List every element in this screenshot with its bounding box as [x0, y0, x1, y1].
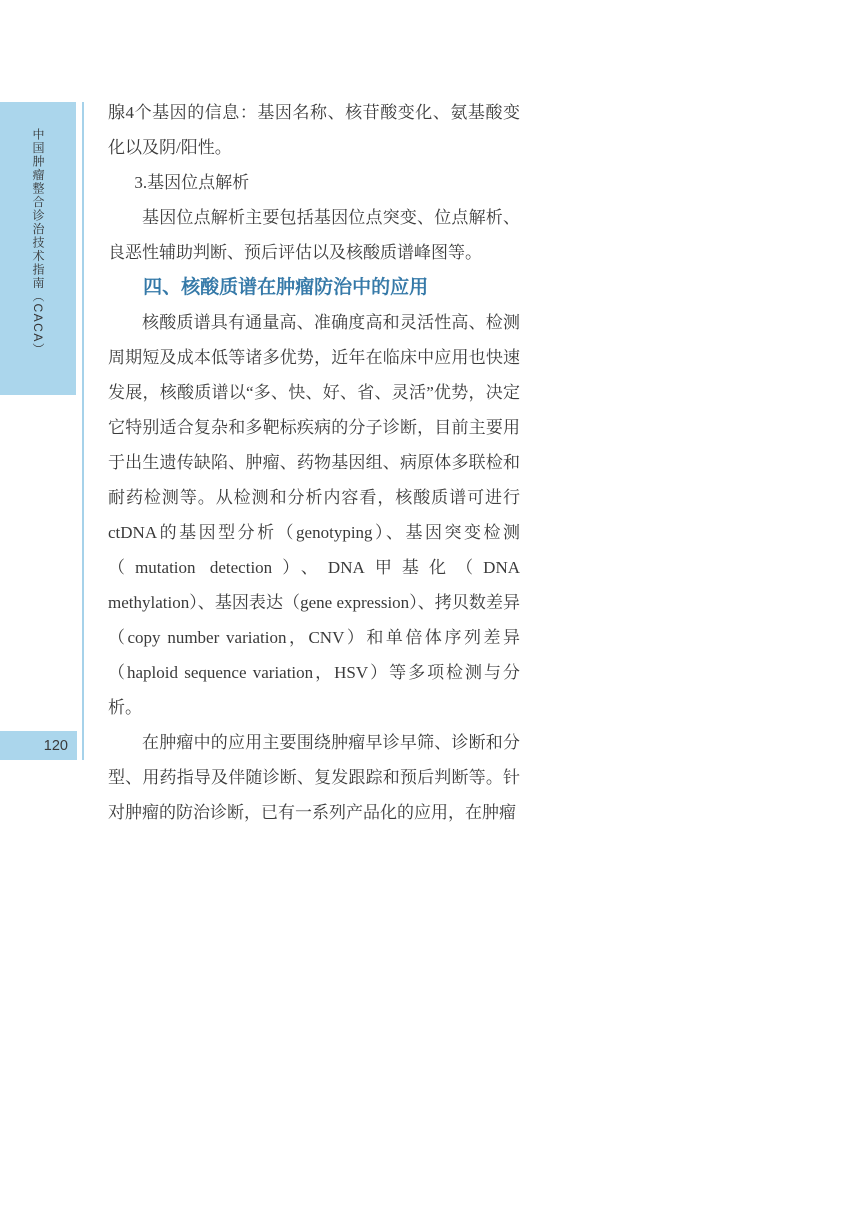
sidebar-divider-line	[82, 102, 84, 760]
section-heading: 四、核酸质谱在肿瘤防治中的应用	[108, 270, 520, 305]
page-number: 120	[44, 738, 68, 754]
body-paragraph: 在肿瘤中的应用主要围绕肿瘤早诊早筛、诊断和分型、用药指导及伴随诊断、复发跟踪和预…	[108, 725, 520, 830]
page-number-box: 120	[0, 731, 77, 760]
body-paragraph: 基因位点解析主要包括基因位点突变、位点解析、良恶性辅助判断、预后评估以及核酸质谱…	[108, 200, 520, 270]
document-page: 中国肿瘤整合诊治技术指南（CACA） 120 腺4个基因的信息：基因名称、核苷酸…	[0, 0, 867, 1218]
numbered-item: 3.基因位点解析	[108, 165, 520, 200]
page-content: 腺4个基因的信息：基因名称、核苷酸变化、氨基酸变化以及阴/阳性。 3.基因位点解…	[108, 95, 520, 830]
body-paragraph: 核酸质谱具有通量高、准确度高和灵活性高、检测周期短及成本低等诸多优势，近年在临床…	[108, 305, 520, 725]
body-paragraph-continued: 腺4个基因的信息：基因名称、核苷酸变化、氨基酸变化以及阴/阳性。	[108, 95, 520, 165]
sidebar-vertical-title: 中国肿瘤整合诊治技术指南（CACA）	[32, 128, 44, 395]
sidebar-band: 中国肿瘤整合诊治技术指南（CACA）	[0, 102, 76, 395]
